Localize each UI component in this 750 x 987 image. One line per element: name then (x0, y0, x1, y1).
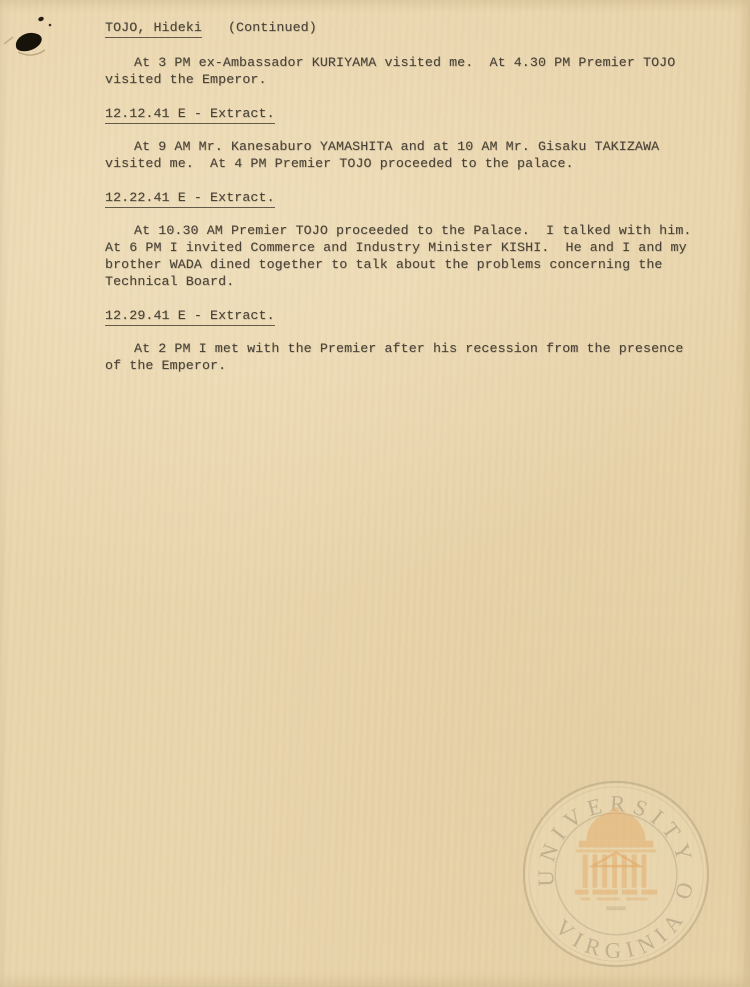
section-heading-text: 12.22.41 E - Extract. (105, 190, 275, 208)
scanned-document-page: TOJO, Hideki(Continued) At 3 PM ex-Ambas… (0, 0, 750, 987)
section-heading-text: 12.29.41 E - Extract. (105, 308, 275, 326)
paragraph: At 3 PM ex-Ambassador KURIYAMA visited m… (105, 54, 715, 88)
section-heading-text: 12.12.41 E - Extract. (105, 106, 275, 124)
paragraph-line: Technical Board. (105, 273, 715, 290)
paragraph: At 2 PM I met with the Premier after his… (105, 340, 715, 374)
section-heading: 12.22.41 E - Extract. (105, 189, 715, 206)
paragraph-line: visited the Emperor. (105, 71, 715, 88)
continued-label: (Continued) (228, 20, 317, 35)
university-of-virginia-seal-watermark: UNIVERSITY OF VIRGINIA (518, 776, 714, 972)
paragraph-line: visited me. At 4 PM Premier TOJO proceed… (105, 155, 715, 172)
paragraph-line: brother WADA dined together to talk abou… (105, 256, 715, 273)
paragraph-line: At 10.30 AM Premier TOJO proceeded to th… (105, 222, 715, 239)
paragraph-line: At 6 PM I invited Commerce and Industry … (105, 239, 715, 256)
section-heading: 12.12.41 E - Extract. (105, 105, 715, 122)
paragraph-line: At 2 PM I met with the Premier after his… (105, 340, 715, 357)
section-heading: 12.29.41 E - Extract. (105, 307, 715, 324)
typewritten-content: TOJO, Hideki(Continued) At 3 PM ex-Ambas… (105, 19, 715, 374)
paragraph: At 10.30 AM Premier TOJO proceeded to th… (105, 222, 715, 290)
paragraph-line: At 9 AM Mr. Kanesaburo YAMASHITA and at … (105, 138, 715, 155)
paragraph-line: of the Emperor. (105, 357, 715, 374)
ink-blemish-mark (4, 8, 74, 68)
page-title: TOJO, Hideki (105, 20, 202, 38)
paragraph: At 9 AM Mr. Kanesaburo YAMASHITA and at … (105, 138, 715, 172)
doc-header: TOJO, Hideki(Continued) (105, 19, 715, 36)
paragraph-line: At 3 PM ex-Ambassador KURIYAMA visited m… (105, 54, 715, 71)
